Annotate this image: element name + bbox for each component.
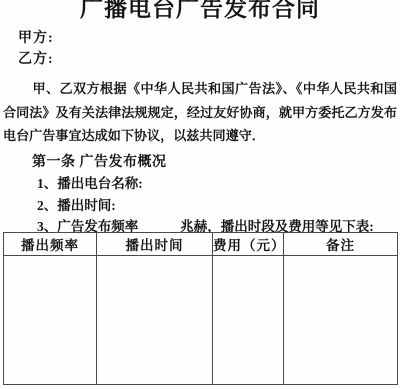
section-1-heading: 第一条 广告发布概况 — [32, 151, 167, 171]
party-b-label: 乙方: — [18, 52, 54, 68]
table-row — [4, 256, 398, 385]
header-broadcast-time: 播出时间 — [97, 233, 213, 256]
document-title: 广播电台广告发布合同 — [0, 0, 400, 22]
header-remarks: 备注 — [284, 233, 398, 256]
contract-document-page: 广播电台广告发布合同 甲方: 乙方: 甲、乙双方根据《中华人民共和国广告法》、《… — [0, 0, 400, 389]
cell-broadcast-frequency — [4, 256, 97, 385]
table-header-row: 播出频率 播出时间 费用（元） 备注 — [4, 233, 398, 256]
item-station-name: 1、播出电台名称: — [37, 172, 143, 192]
item-broadcast-time: 2、播出时间: — [37, 194, 116, 214]
header-broadcast-frequency: 播出频率 — [4, 233, 97, 256]
intro-paragraph: 甲、乙双方根据《中华人民共和国广告法》、《中华人民共和国合同法》及有关法律法规规… — [3, 77, 397, 148]
cell-remarks — [284, 256, 398, 385]
cell-fee — [213, 256, 284, 385]
cell-broadcast-time — [97, 256, 213, 385]
party-a-label: 甲方: — [18, 31, 54, 47]
header-fee-yuan: 费用（元） — [213, 233, 284, 256]
broadcast-schedule-table: 播出频率 播出时间 费用（元） 备注 — [3, 232, 398, 385]
